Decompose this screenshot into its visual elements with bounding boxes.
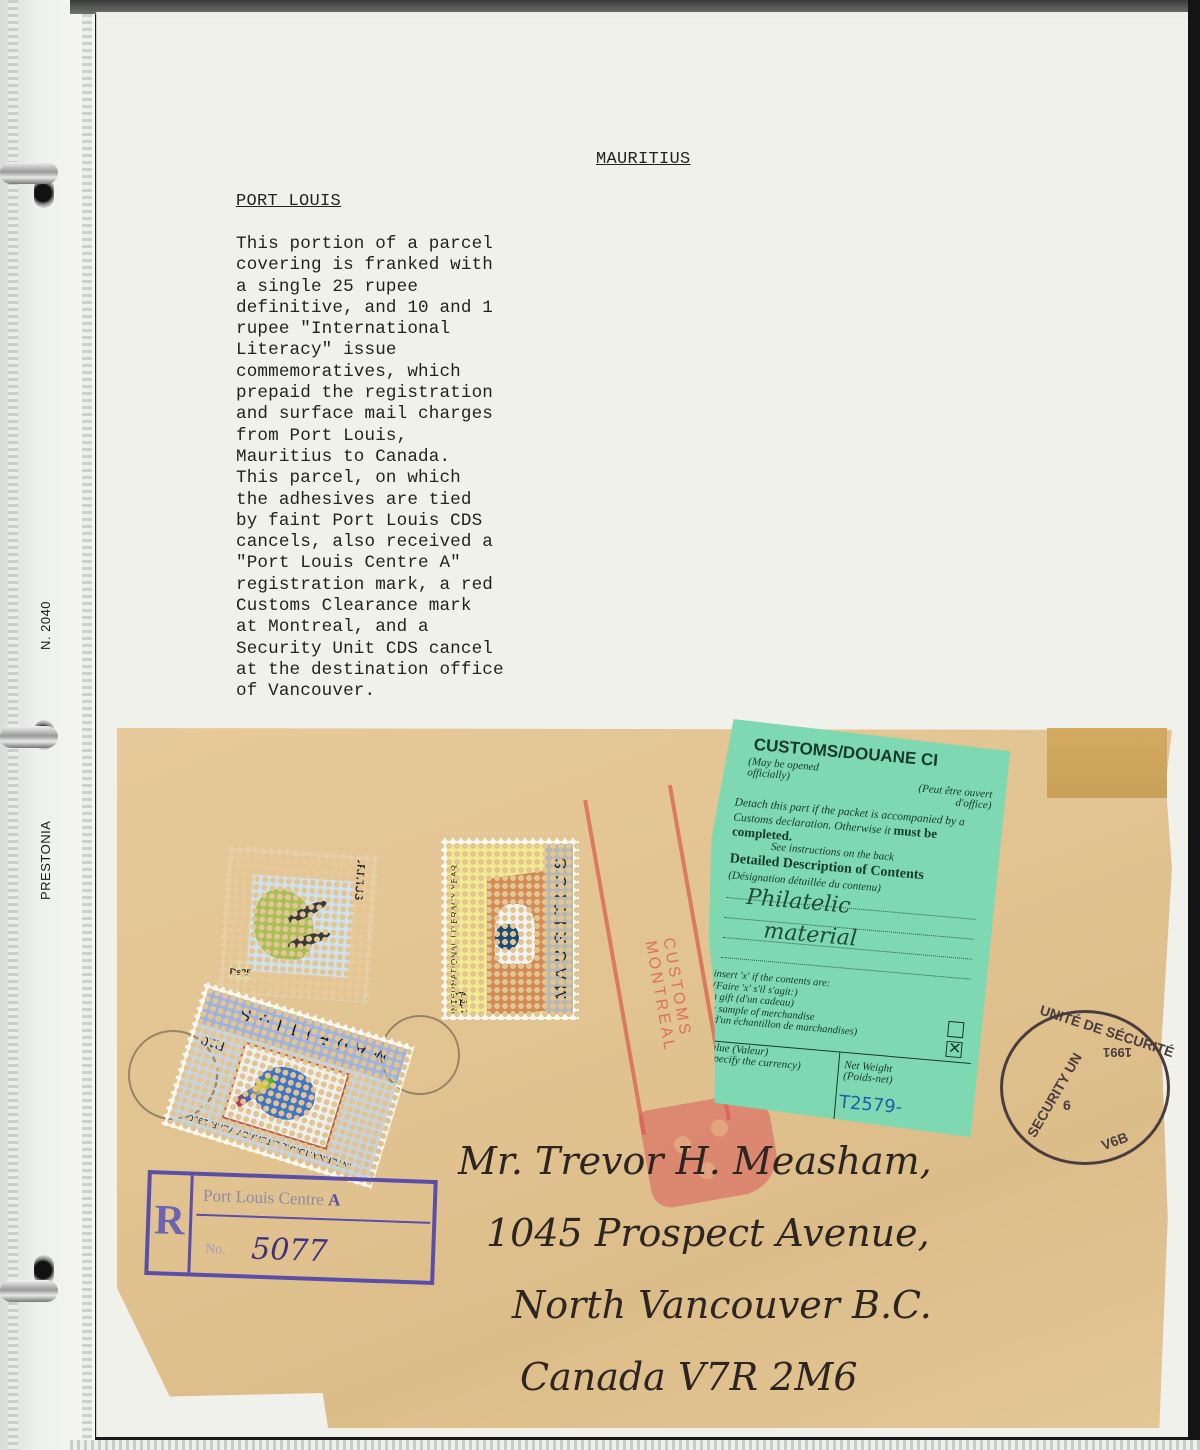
- customs-weight-label: Net Weight (Poids-net): [843, 1060, 894, 1086]
- registration-mark: R Port Louis Centre A No. 5077: [144, 1170, 437, 1285]
- registration-no-label: No.: [205, 1242, 226, 1259]
- stamp-r1-literacy: MAURITIUS INTERNATIONAL LITERACY YEAR 19…: [441, 838, 579, 1020]
- description-line: covering is franked with: [236, 255, 504, 276]
- description-line: Security Unit CDS cancel: [236, 639, 504, 660]
- stamp-value: R10: [199, 1033, 226, 1054]
- description-line: definitive, and 10 and 1: [236, 298, 504, 319]
- gift-checkbox: [947, 1021, 964, 1038]
- registration-letter: R: [148, 1174, 193, 1272]
- sleeve-bottom-edge: [70, 1440, 1200, 1450]
- registration-office-letter: A: [328, 1190, 341, 1209]
- child-head-artwork: [495, 924, 519, 950]
- description-line: at Montreal, and a: [236, 617, 504, 638]
- cds-year: 1991: [1103, 1045, 1132, 1060]
- address-line2: 1045 Prospect Avenue,: [486, 1197, 932, 1269]
- description-line: rupee "International: [236, 319, 504, 340]
- binder-ring: [0, 726, 58, 748]
- description-line: "Port Louis Centre A": [236, 553, 504, 574]
- customs-note-right: (Peut être ouvert d'office): [901, 782, 993, 812]
- description-line: Literacy" issue: [236, 340, 504, 361]
- cds-bottom-text: V6B: [1099, 1129, 1130, 1153]
- registration-divider: [196, 1214, 430, 1224]
- description-line: a single 25 rupee: [236, 277, 504, 298]
- stamp-country: MAURITIUS: [551, 852, 571, 1000]
- customs-note-left: (May be opened officially): [747, 756, 829, 785]
- description-line: from Port Louis,: [236, 426, 504, 447]
- description-line: This portion of a parcel: [236, 234, 504, 255]
- binder-brand-label: PRESTONIA: [38, 821, 53, 900]
- address-line4: Canada V7R 2M6: [520, 1341, 932, 1413]
- registration-number: 5077: [251, 1232, 329, 1270]
- page-title: MAURITIUS: [596, 150, 691, 169]
- description-line: cancels, also received a: [236, 532, 504, 553]
- cds-day: 6: [1063, 1097, 1071, 1113]
- address-line3: North Vancouver B.C.: [512, 1269, 932, 1341]
- sleeve-perforation: [82, 0, 92, 1450]
- description-line: Mauritius to Canada.: [236, 447, 504, 468]
- sleeve-perforation: [8, 0, 18, 1450]
- handwritten-address: Mr. Trevor H. Measham, 1045 Prospect Ave…: [450, 1125, 932, 1413]
- stamp-value: Rs25: [228, 959, 254, 985]
- weight-sub: (Poids-net): [843, 1071, 893, 1086]
- description-line: by faint Port Louis CDS: [236, 511, 504, 532]
- description-line: and surface mail charges: [236, 404, 504, 425]
- binder-right-edge: [1188, 0, 1200, 1450]
- stamp-country: MAURITIUS: [352, 851, 368, 900]
- cds-left-text: SECURITY UN: [1024, 1050, 1085, 1140]
- sample-checkbox: [945, 1041, 962, 1058]
- customs-weight-value: T2579-: [838, 1092, 903, 1118]
- description-line: registration mark, a red: [236, 575, 504, 596]
- description-line: the adhesives are tied: [236, 490, 504, 511]
- security-unit-cds-cancel: UNITÉ DE SÉCURITÉ SECURITY UN 1991 6 V6B: [1000, 1010, 1170, 1165]
- description-line: prepaid the registration: [236, 383, 504, 404]
- description-line: at the destination office: [236, 660, 504, 681]
- customs-label: CUSTOMS/DOUANE CI (May be opened officia…: [687, 718, 1011, 1142]
- description-line: This parcel, on which: [236, 468, 504, 489]
- stamp-rs25-definitive: MAURITIUS Rs25: [217, 845, 379, 1003]
- description-line: commemoratives, which: [236, 362, 504, 383]
- stamp-value: R1: [452, 989, 468, 1007]
- adhesive-tape: [1047, 728, 1167, 798]
- binder-ring: [0, 162, 58, 184]
- registration-office-name: Port Louis Centre: [203, 1186, 324, 1209]
- binder-model-label: N. 2040: [38, 601, 53, 650]
- description-line: Customs Clearance mark: [236, 596, 504, 617]
- page-subtitle: PORT LOUIS: [236, 192, 341, 211]
- handwritten-contents-line2: material: [763, 918, 858, 951]
- binder-ring: [0, 1280, 58, 1302]
- description-line: of Vancouver.: [236, 681, 504, 702]
- page-description: This portion of a parcelcovering is fran…: [236, 234, 504, 703]
- customs-insert-text: insert 'x' if the contents are: (Faire '…: [709, 968, 943, 1045]
- address-line1: Mr. Trevor H. Measham,: [458, 1125, 932, 1197]
- registration-office: Port Louis Centre A: [203, 1186, 341, 1211]
